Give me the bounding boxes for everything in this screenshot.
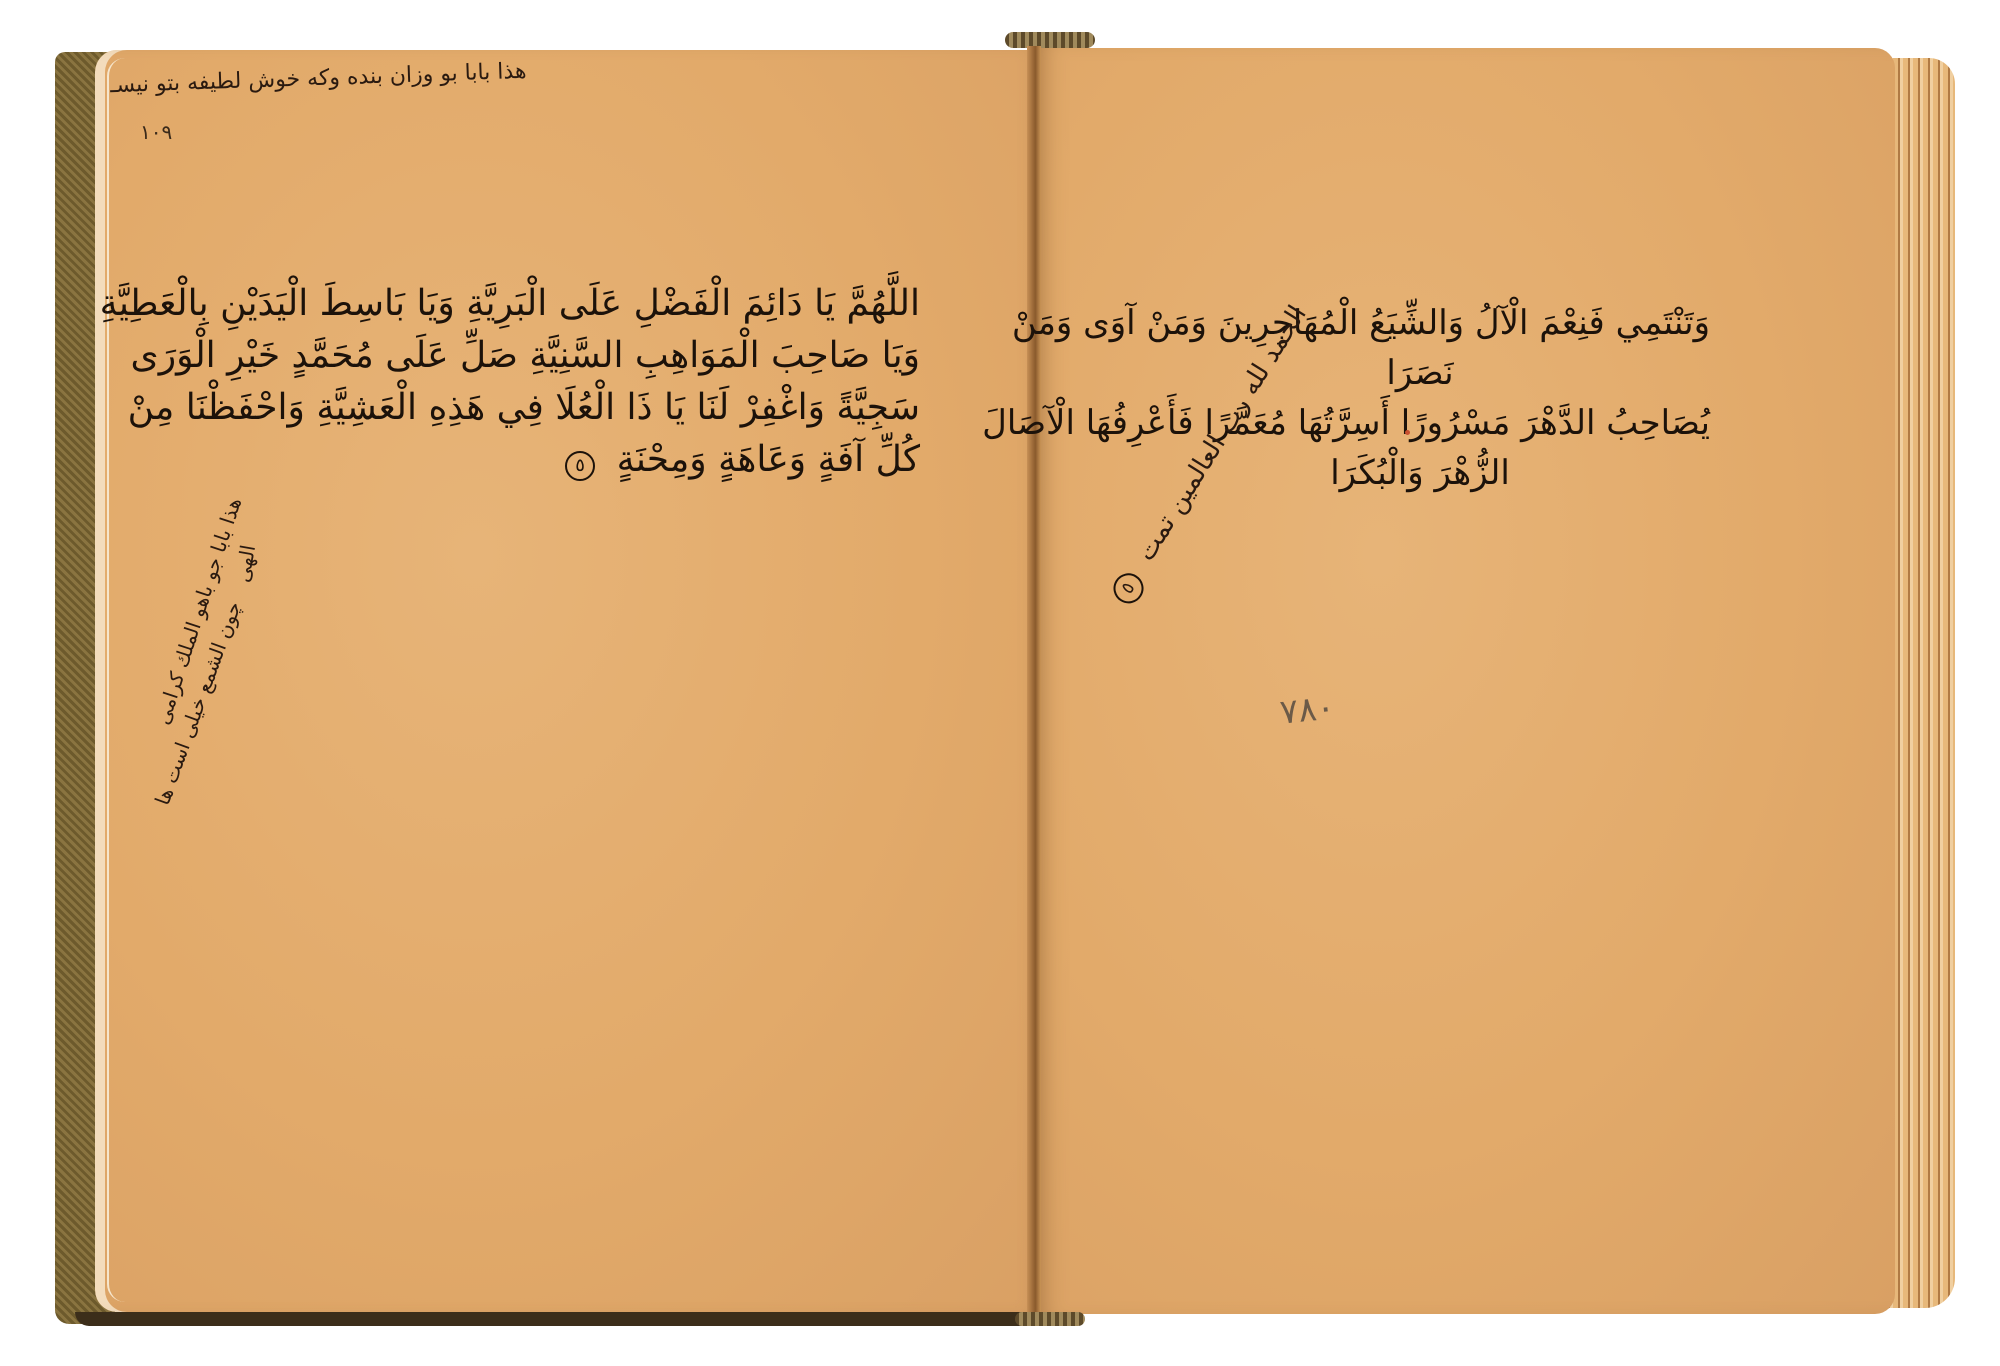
headband-top — [1005, 32, 1095, 48]
pencil-inventory-number: ٧٨٠ — [1278, 687, 1337, 733]
left-page — [95, 50, 1045, 1312]
cover-bottom-edge — [75, 1312, 1035, 1326]
open-manuscript-book — [55, 40, 1960, 1328]
text-line: وَتَنْتَمِي فَنِعْمَ الْآلُ وَالشِّيَعُ … — [1130, 298, 1710, 348]
red-ink-dot — [1405, 430, 1410, 435]
text-line-content: كُلِّ آفَةٍ وَعَاهَةٍ وَمِحْنَةٍ — [617, 439, 920, 480]
left-page-main-text: اللَّهُمَّ يَا دَائِمَ الْفَضْلِ عَلَى ا… — [280, 278, 920, 486]
gutter-fold — [1027, 46, 1041, 1316]
headband-bottom — [1015, 1312, 1085, 1326]
text-line: نَصَرَا — [1130, 348, 1710, 398]
text-line: سَجِيَّةً وَاغْفِرْ لَنَا يَا ذَا الْعُل… — [280, 382, 920, 434]
right-page — [1035, 48, 1895, 1314]
text-line: وَيَا صَاحِبَ الْمَوَاهِبِ السَّنِيَّةِ … — [280, 330, 920, 382]
verse-end-marker-icon: ٥ — [565, 451, 595, 481]
left-page-leaf-edge — [107, 58, 147, 1302]
folio-number: ١٠٩ — [140, 120, 172, 144]
text-line: كُلِّ آفَةٍ وَعَاهَةٍ وَمِحْنَةٍ ٥ — [280, 434, 920, 486]
text-line: اللَّهُمَّ يَا دَائِمَ الْفَضْلِ عَلَى ا… — [280, 278, 920, 330]
